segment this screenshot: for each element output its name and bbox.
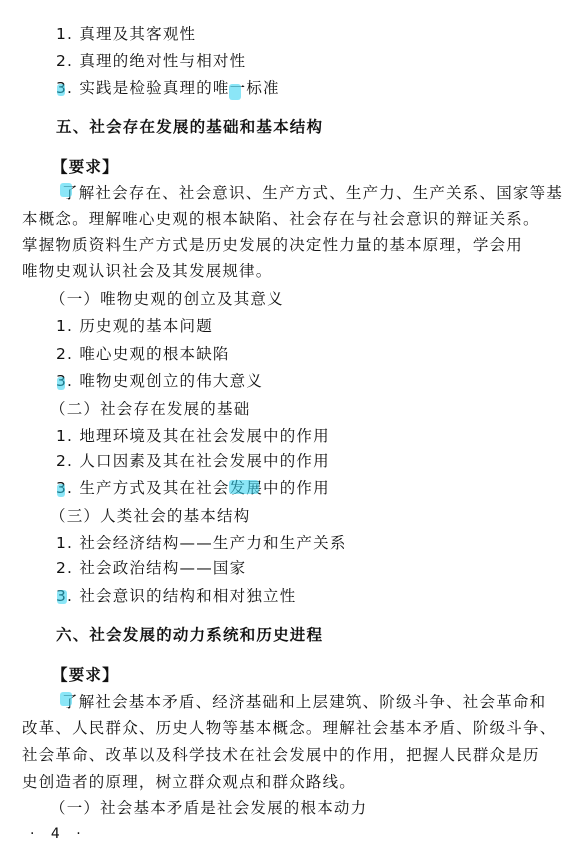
section-6-title: 六、社会发展的动力系统和历史进程 (56, 625, 323, 645)
section-6-requirement-label: 【要求】 (52, 665, 119, 685)
sub-1-item-3: 3. 唯物史观创立的伟大意义 (56, 371, 263, 391)
highlight-mark (57, 377, 65, 390)
highlight-mark (60, 692, 72, 706)
page-number: · 4 · (30, 826, 87, 842)
section-6-requirement-line-3: 社会革命、改革以及科学技术在社会发展中的作用，把握人民群众是历 (22, 745, 540, 765)
highlight-mark (57, 84, 65, 96)
sub-3-title: （三）人类社会的基本结构 (50, 506, 250, 526)
section-6-requirement-line-2: 改革、人民群众、历史人物等基本概念。理解社会基本矛盾、阶级斗争、 (22, 718, 556, 738)
sub-1-item-2: 2. 唯心史观的根本缺陷 (56, 344, 230, 364)
sub-3-item-2: 2. 社会政治结构——国家 (56, 558, 246, 578)
section-6-requirement-line-1: 了解社会基本矛盾、经济基础和上层建筑、阶级斗争、社会革命和 (62, 692, 546, 712)
sub-2-item-3: 3. 生产方式及其在社会发展中的作用 (56, 478, 330, 498)
item-truth-objectivity: 1. 真理及其客观性 (56, 24, 196, 44)
item-practice-criterion: 3. 实践是检验真理的唯一标准 (56, 78, 280, 98)
highlight-mark (60, 183, 72, 197)
sub-3-item-1: 1. 社会经济结构——生产力和生产关系 (56, 533, 347, 553)
sub-2-title: （二）社会存在发展的基础 (50, 399, 250, 419)
section-5-title: 五、社会存在发展的基础和基本结构 (56, 117, 323, 137)
sub-1-title: （一）唯物史观的创立及其意义 (50, 289, 284, 309)
sub-3-item-3: 3. 社会意识的结构和相对独立性 (56, 586, 296, 606)
section-5-requirement-line-3: 掌握物质资料生产方式是历史发展的决定性力量的基本原理，学会用 (22, 235, 523, 255)
section-5-requirement-line-4: 唯物史观认识社会及其发展规律。 (22, 261, 273, 281)
section-5-requirement-line-2: 本概念。理解唯心史观的根本缺陷、社会存在与社会意识的辩证关系。 (22, 209, 540, 229)
section-6-sub-1-title: （一）社会基本矛盾是社会发展的根本动力 (50, 798, 367, 818)
sub-1-item-1: 1. 历史观的基本问题 (56, 316, 213, 336)
highlight-mark (57, 590, 67, 604)
item-truth-absolute-relative: 2. 真理的绝对性与相对性 (56, 51, 246, 71)
section-6-requirement-line-4: 史创造者的原理，树立群众观点和群众路线。 (22, 772, 356, 792)
highlight-mark (229, 480, 259, 494)
sub-2-item-2: 2. 人口因素及其在社会发展中的作用 (56, 451, 330, 471)
highlight-mark (229, 84, 241, 100)
sub-2-item-1: 1. 地理环境及其在社会发展中的作用 (56, 426, 330, 446)
section-5-requirement-label: 【要求】 (52, 157, 119, 177)
section-5-requirement-line-1: 了解社会存在、社会意识、生产方式、生产力、生产关系、国家等基 (62, 183, 563, 203)
highlight-mark (57, 484, 65, 497)
